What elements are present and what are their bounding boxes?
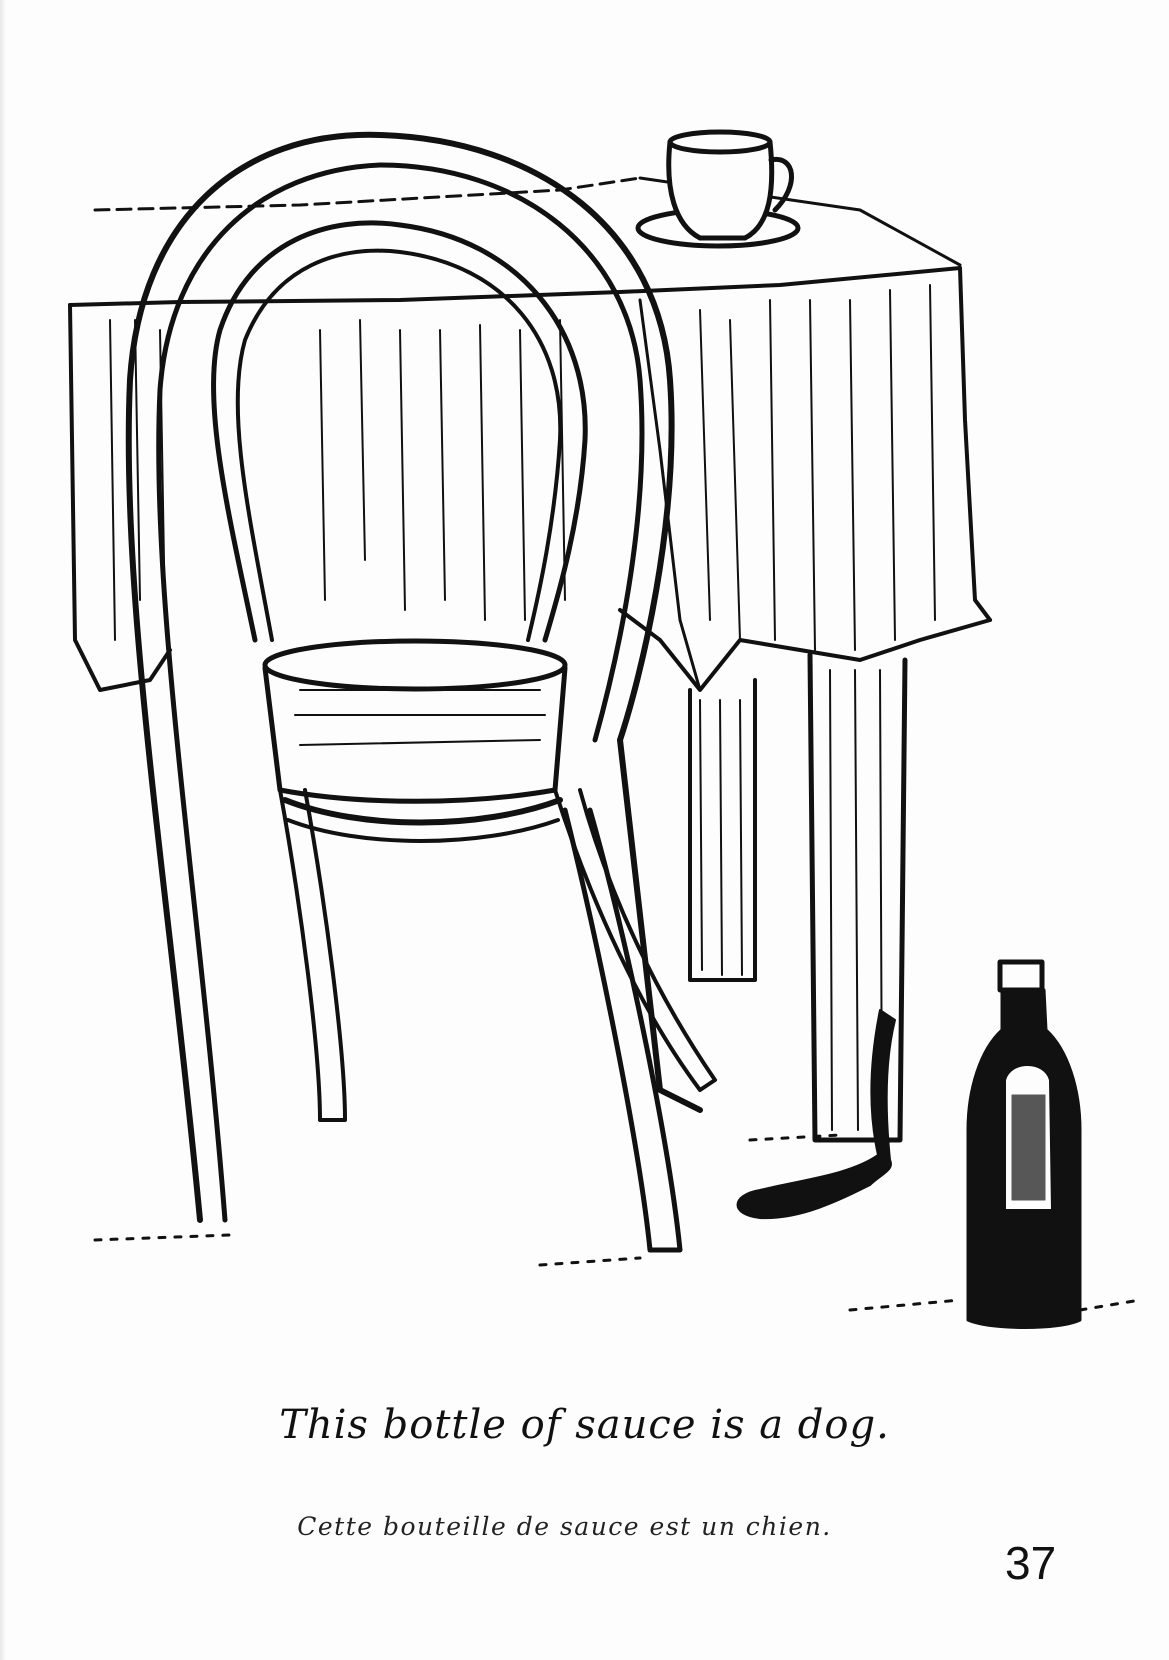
cup-and-saucer (638, 132, 798, 246)
caption-english: This bottle of sauce is a dog. (0, 1402, 1169, 1448)
illustration (0, 0, 1169, 1330)
page-number: 37 (1005, 1536, 1056, 1590)
book-page: This bottle of sauce is a dog. Cette bou… (0, 0, 1169, 1660)
caption-french: Cette bouteille de sauce est un chien. (0, 1512, 1169, 1541)
sauce-bottle (968, 962, 1080, 1328)
